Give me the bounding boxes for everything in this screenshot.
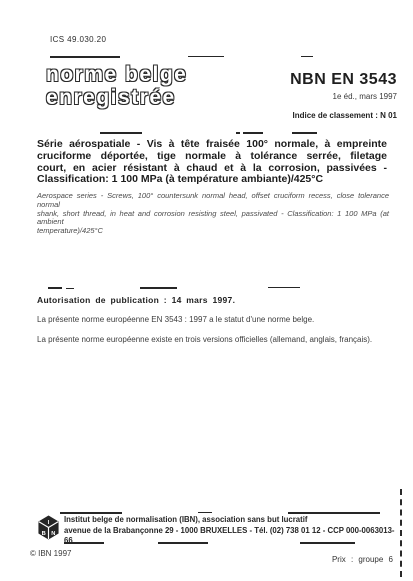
rule-segment [301, 56, 313, 57]
svg-text:N: N [51, 531, 55, 537]
title-english-line: shank, short thread, in heat and corrosi… [37, 210, 389, 228]
title-french-line: Classification: 1 100 MPa (à température… [37, 174, 387, 186]
standard-cover-page: ICS 49.030.20 norme belge enregistrée NB… [0, 0, 413, 581]
rule-segment [64, 542, 104, 544]
institute-name: Institut belge de normalisation (IBN), a… [64, 515, 400, 526]
rule-segment [292, 132, 317, 134]
versions-note: La présente norme européenne existe en t… [37, 335, 372, 344]
rule-segment [198, 512, 212, 513]
svg-text:B: B [42, 531, 46, 537]
title-french-line: cruciforme déportée, tige normale à tolé… [37, 151, 387, 163]
copyright-notice: © IBN 1997 [30, 549, 71, 558]
classification-index: Indice de classement : N 01 [290, 111, 397, 120]
rule-segment [140, 287, 177, 289]
publication-authorization: Autorisation de publication : 14 mars 19… [37, 295, 235, 305]
ics-code: ICS 49.030.20 [50, 35, 106, 44]
rule-segment [243, 132, 263, 134]
rule-segment [60, 512, 122, 514]
rule-segment [48, 287, 62, 289]
rule-segment [188, 56, 224, 57]
title-english: Aerospace series - Screws, 100° counters… [37, 192, 389, 236]
edition-date: 1e éd., mars 1997 [290, 92, 397, 101]
masthead-line-1: norme belge [46, 63, 187, 86]
rule-segment [268, 287, 300, 288]
title-english-line: temperature)/425°C [37, 227, 389, 236]
rule-segment [100, 132, 142, 134]
masthead-line-2: enregistrée [46, 86, 187, 109]
rule-segment [236, 132, 240, 134]
rule-segment [66, 288, 74, 289]
price-group: Prix : groupe 6 [332, 555, 393, 564]
document-type-masthead: norme belge enregistrée [46, 63, 187, 109]
title-english-line: Aerospace series - Screws, 100° counters… [37, 192, 389, 210]
scan-edge-mark [400, 489, 402, 577]
title-french: Série aérospatiale - Vis à tête fraisée … [37, 139, 387, 186]
reference-block: NBN EN 3543 1e éd., mars 1997 Indice de … [290, 71, 397, 120]
ibn-cube-icon: I B N [37, 515, 60, 540]
rule-segment [300, 542, 355, 544]
rule-segment [50, 56, 120, 58]
rule-segment [158, 542, 208, 544]
rule-segment [288, 512, 380, 514]
standard-reference: NBN EN 3543 [290, 71, 397, 89]
status-note: La présente norme européenne EN 3543 : 1… [37, 315, 314, 324]
